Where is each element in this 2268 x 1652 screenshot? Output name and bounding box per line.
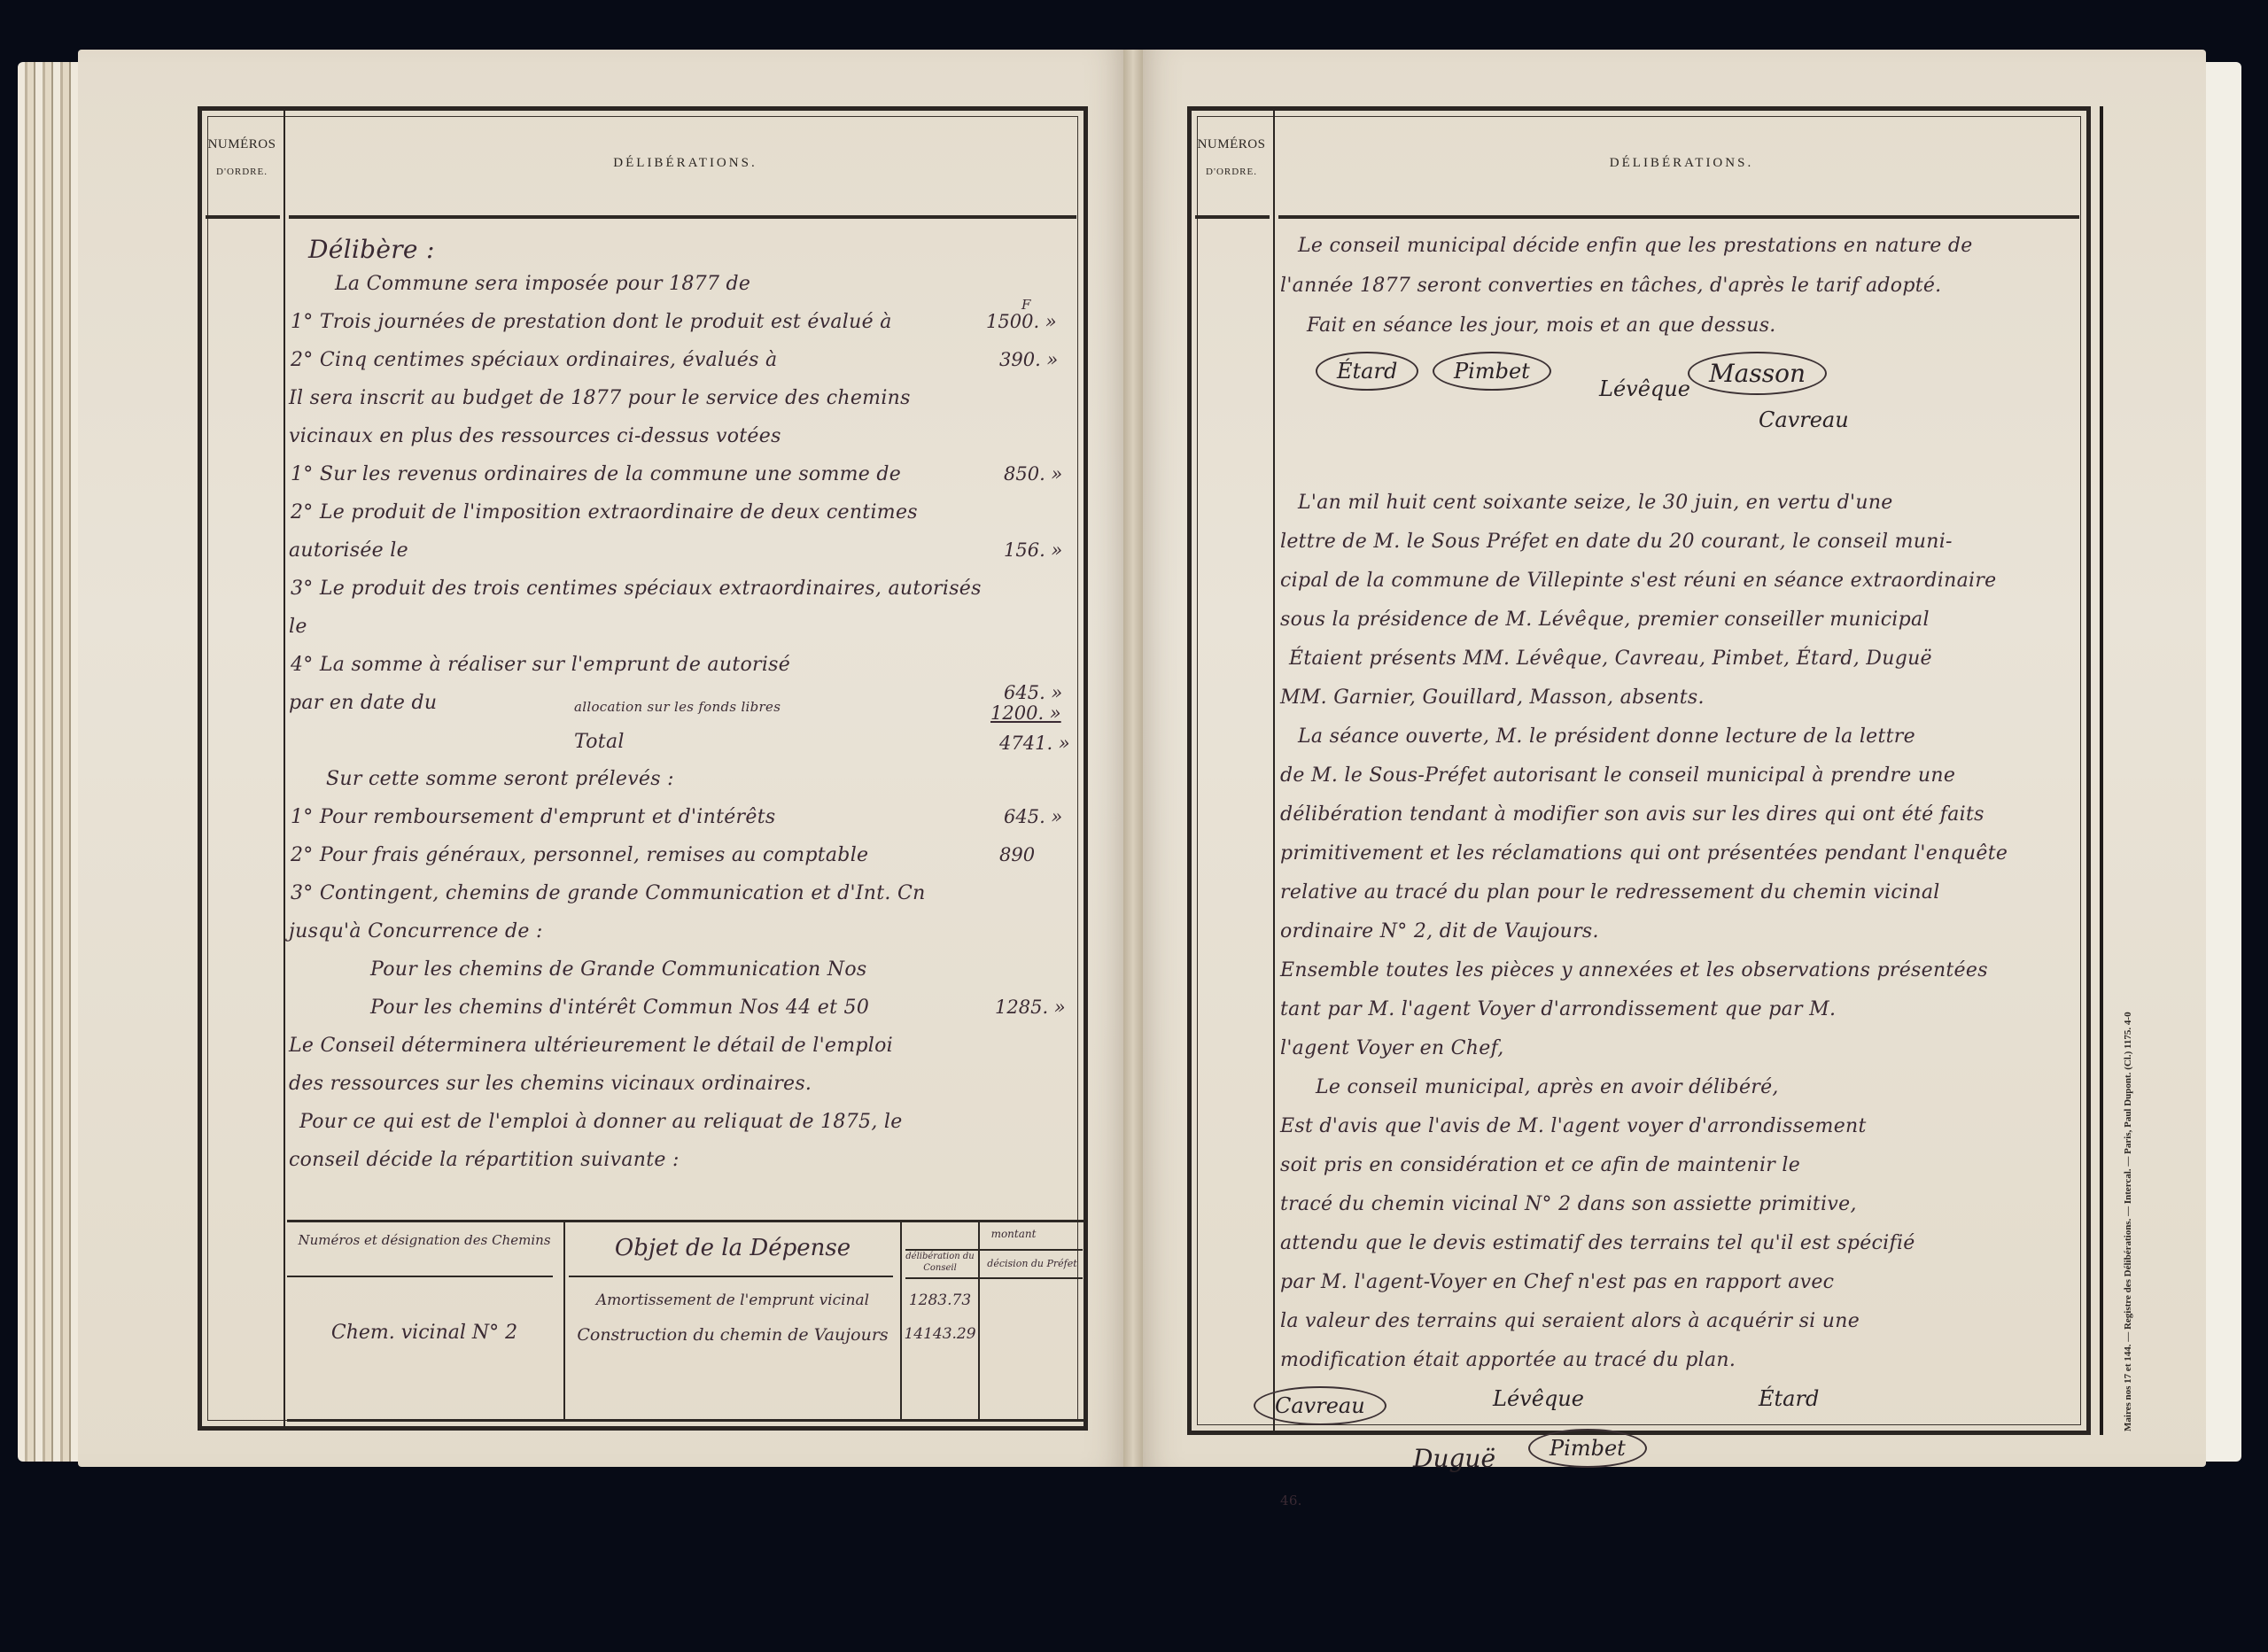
table-cell-montant: 1283.73 (902, 1291, 978, 1309)
allocation-note: allocation sur les fonds libres (574, 699, 781, 715)
line: 2° Cinq centimes spéciaux ordinaires, év… (291, 349, 777, 371)
signature: Cavreau (1759, 407, 1849, 432)
numbers-column-header: NUMÉROS D'ORDRE. (202, 111, 282, 215)
line: Étaient présents MM. Lévêque, Cavreau, P… (1289, 648, 1932, 670)
line: Est d'avis que l'avis de M. l'agent voye… (1280, 1115, 1867, 1137)
printer-imprint-text: Maires nos 17 et 144. — Registre des Dél… (2123, 1012, 2133, 1431)
line: 1° Trois journées de prestation dont le … (291, 311, 892, 333)
line: Sur cette somme seront prélevés : (326, 768, 674, 790)
deliberations-header: DÉLIBÉRATIONS. (287, 111, 1084, 215)
line: 3° Le produit des trois centimes spéciau… (291, 578, 982, 600)
line: La séance ouverte, M. le président donne… (1298, 725, 1915, 748)
amount: 156. » (1004, 539, 1062, 561)
line: Ensemble toutes les pièces y annexées et… (1280, 959, 1988, 981)
line: Pour ce qui est de l'emploi à donner au … (299, 1111, 903, 1133)
right-page: NUMÉROS D'ORDRE. DÉLIBÉRATIONS. Le conse… (1143, 50, 2206, 1467)
numbers-column-header: NUMÉROS D'ORDRE. (1192, 111, 1271, 215)
line: attendu que le devis estimatif des terra… (1280, 1232, 1915, 1254)
line: La Commune sera imposée pour 1877 de (335, 273, 750, 295)
line: tracé du chemin vicinal N° 2 dans son as… (1280, 1193, 1857, 1215)
line: MM. Garnier, Gouillard, Masson, absents. (1280, 686, 1705, 709)
deliberations-header: DÉLIBÉRATIONS. (1277, 111, 2086, 215)
margin-rule (2100, 106, 2103, 1435)
line: délibération tendant à modifier son avis… (1280, 803, 1984, 826)
amount: 890 (999, 844, 1035, 865)
printer-imprint: Maires nos 17 et 144. — Registre des Dél… (2109, 670, 2128, 1431)
line: autorisée le (289, 539, 408, 562)
amount: 1500. » (986, 311, 1057, 332)
line: vicinaux en plus des ressources ci-dessu… (289, 425, 781, 447)
line: par M. l'agent-Voyer en Chef n'est pas e… (1280, 1271, 1834, 1293)
line: Délibère : (308, 235, 435, 264)
total-amount: 4741. » (999, 733, 1070, 754)
col-montant-header: montant (943, 1228, 1084, 1240)
column-divider (283, 111, 285, 1426)
col-objet-header: Objet de la Dépense (569, 1235, 897, 1261)
line: 1° Pour remboursement d'emprunt et d'int… (291, 806, 775, 828)
header-numeros: NUMÉROS (202, 137, 282, 152)
col-decision-header: décision du Préfet (980, 1258, 1084, 1269)
signature: Duguë (1413, 1444, 1495, 1473)
signature: Étard (1316, 352, 1418, 391)
line: l'agent Voyer en Chef, (1280, 1037, 1504, 1059)
line: des ressources sur les chemins vicinaux … (289, 1073, 812, 1095)
table-cell-chemin: Chem. vicinal N° 2 (287, 1322, 562, 1344)
table-cell-objet: Amortissement de l'emprunt vicinal (569, 1291, 897, 1309)
header-rule (1278, 215, 2079, 219)
signature: Étard (1759, 1386, 1819, 1411)
line: primitivement et les réclamations qui on… (1280, 842, 2008, 865)
register-frame: NUMÉROS D'ORDRE. DÉLIBÉRATIONS. Délibère… (198, 106, 1088, 1431)
amount: 850. » (1004, 463, 1062, 485)
book-gutter (1122, 50, 1145, 1467)
column-divider (1273, 111, 1275, 1431)
line: Pour les chemins de Grande Communication… (370, 958, 866, 981)
line: 1° Sur les revenus ordinaires de la comm… (291, 463, 901, 485)
page-edges-left (18, 62, 80, 1462)
signature: Masson (1688, 352, 1827, 395)
header-rule (206, 215, 280, 219)
line: Il sera inscrit au budget de 1877 pour l… (289, 387, 911, 409)
line: Fait en séance les jour, mois et an que … (1307, 314, 1776, 337)
col-deliberation-header: délibération du Conseil (902, 1251, 978, 1274)
line: cipal de la commune de Villepinte s'est … (1280, 570, 1996, 592)
amount: 390. » (999, 349, 1058, 370)
line: Pour les chemins d'intérêt Commun Nos 44… (370, 997, 869, 1019)
line: relative au tracé du plan pour le redres… (1280, 881, 1940, 904)
header-rule (289, 215, 1076, 219)
line: l'année 1877 seront converties en tâches… (1280, 275, 1941, 297)
table-cell-montant: 14143.29 (902, 1325, 978, 1343)
line: sous la présidence de M. Lévêque, premie… (1280, 609, 1930, 631)
signature: Pimbet (1528, 1429, 1647, 1468)
line: 2° Le produit de l'imposition extraordin… (291, 501, 918, 524)
col-designation-header: Numéros et désignation des Chemins (287, 1231, 562, 1249)
line: 4° La somme à réaliser sur l'emprunt de … (291, 654, 790, 676)
line: Le conseil municipal décide enfin que le… (1298, 235, 1973, 257)
line: ordinaire N° 2, dit de Vaujours. (1280, 920, 1599, 942)
line: 3° Contingent, chemins de grande Communi… (291, 882, 926, 904)
line: Le Conseil déterminera ultérieurement le… (289, 1035, 893, 1057)
line: L'an mil huit cent soixante seize, le 30… (1298, 492, 1893, 514)
line: la valeur des terrains qui seraient alor… (1280, 1310, 1860, 1332)
line: 2° Pour frais généraux, personnel, remis… (291, 844, 868, 866)
line: jusqu'à Concurrence de : (289, 920, 543, 942)
line: par en date du (289, 692, 437, 714)
line: de M. le Sous-Préfet autorisant le conse… (1280, 764, 1955, 787)
line: soit pris en considération et ce afin de… (1280, 1154, 1800, 1176)
line: conseil décide la répartition suivante : (289, 1149, 680, 1171)
line: Le conseil municipal, après en avoir dél… (1316, 1076, 1779, 1098)
header-dordre: D'ORDRE. (202, 167, 282, 177)
signature: Cavreau (1254, 1386, 1386, 1425)
line: lettre de M. le Sous Préfet en date du 2… (1280, 531, 1953, 553)
amount-unit: F (1021, 297, 1030, 313)
amount: 645. » (1004, 682, 1062, 703)
signature: Lévêque (1493, 1386, 1584, 1411)
header-numeros: NUMÉROS (1192, 137, 1271, 152)
signature: Pimbet (1433, 352, 1551, 391)
total-label: Total (574, 731, 625, 753)
amount: 1285. » (995, 997, 1066, 1018)
header-dordre: D'ORDRE. (1192, 167, 1271, 177)
left-page: NUMÉROS D'ORDRE. DÉLIBÉRATIONS. Délibère… (78, 50, 1123, 1467)
amount: 1200. » (990, 702, 1061, 724)
table-cell-objet: Construction du chemin de Vaujours (569, 1325, 897, 1345)
register-frame: NUMÉROS D'ORDRE. DÉLIBÉRATIONS. Le conse… (1187, 106, 2091, 1435)
line: modification était apportée au tracé du … (1280, 1349, 1736, 1371)
signature: Lévêque (1599, 376, 1690, 401)
header-rule (1195, 215, 1270, 219)
line: tant par M. l'agent Voyer d'arrondisseme… (1280, 998, 1836, 1020)
expense-table: Numéros et désignation des Chemins Objet… (287, 1220, 1084, 1422)
order-number: 46. (1280, 1493, 1302, 1509)
line: le (289, 616, 307, 638)
amount: 645. » (1004, 806, 1062, 827)
